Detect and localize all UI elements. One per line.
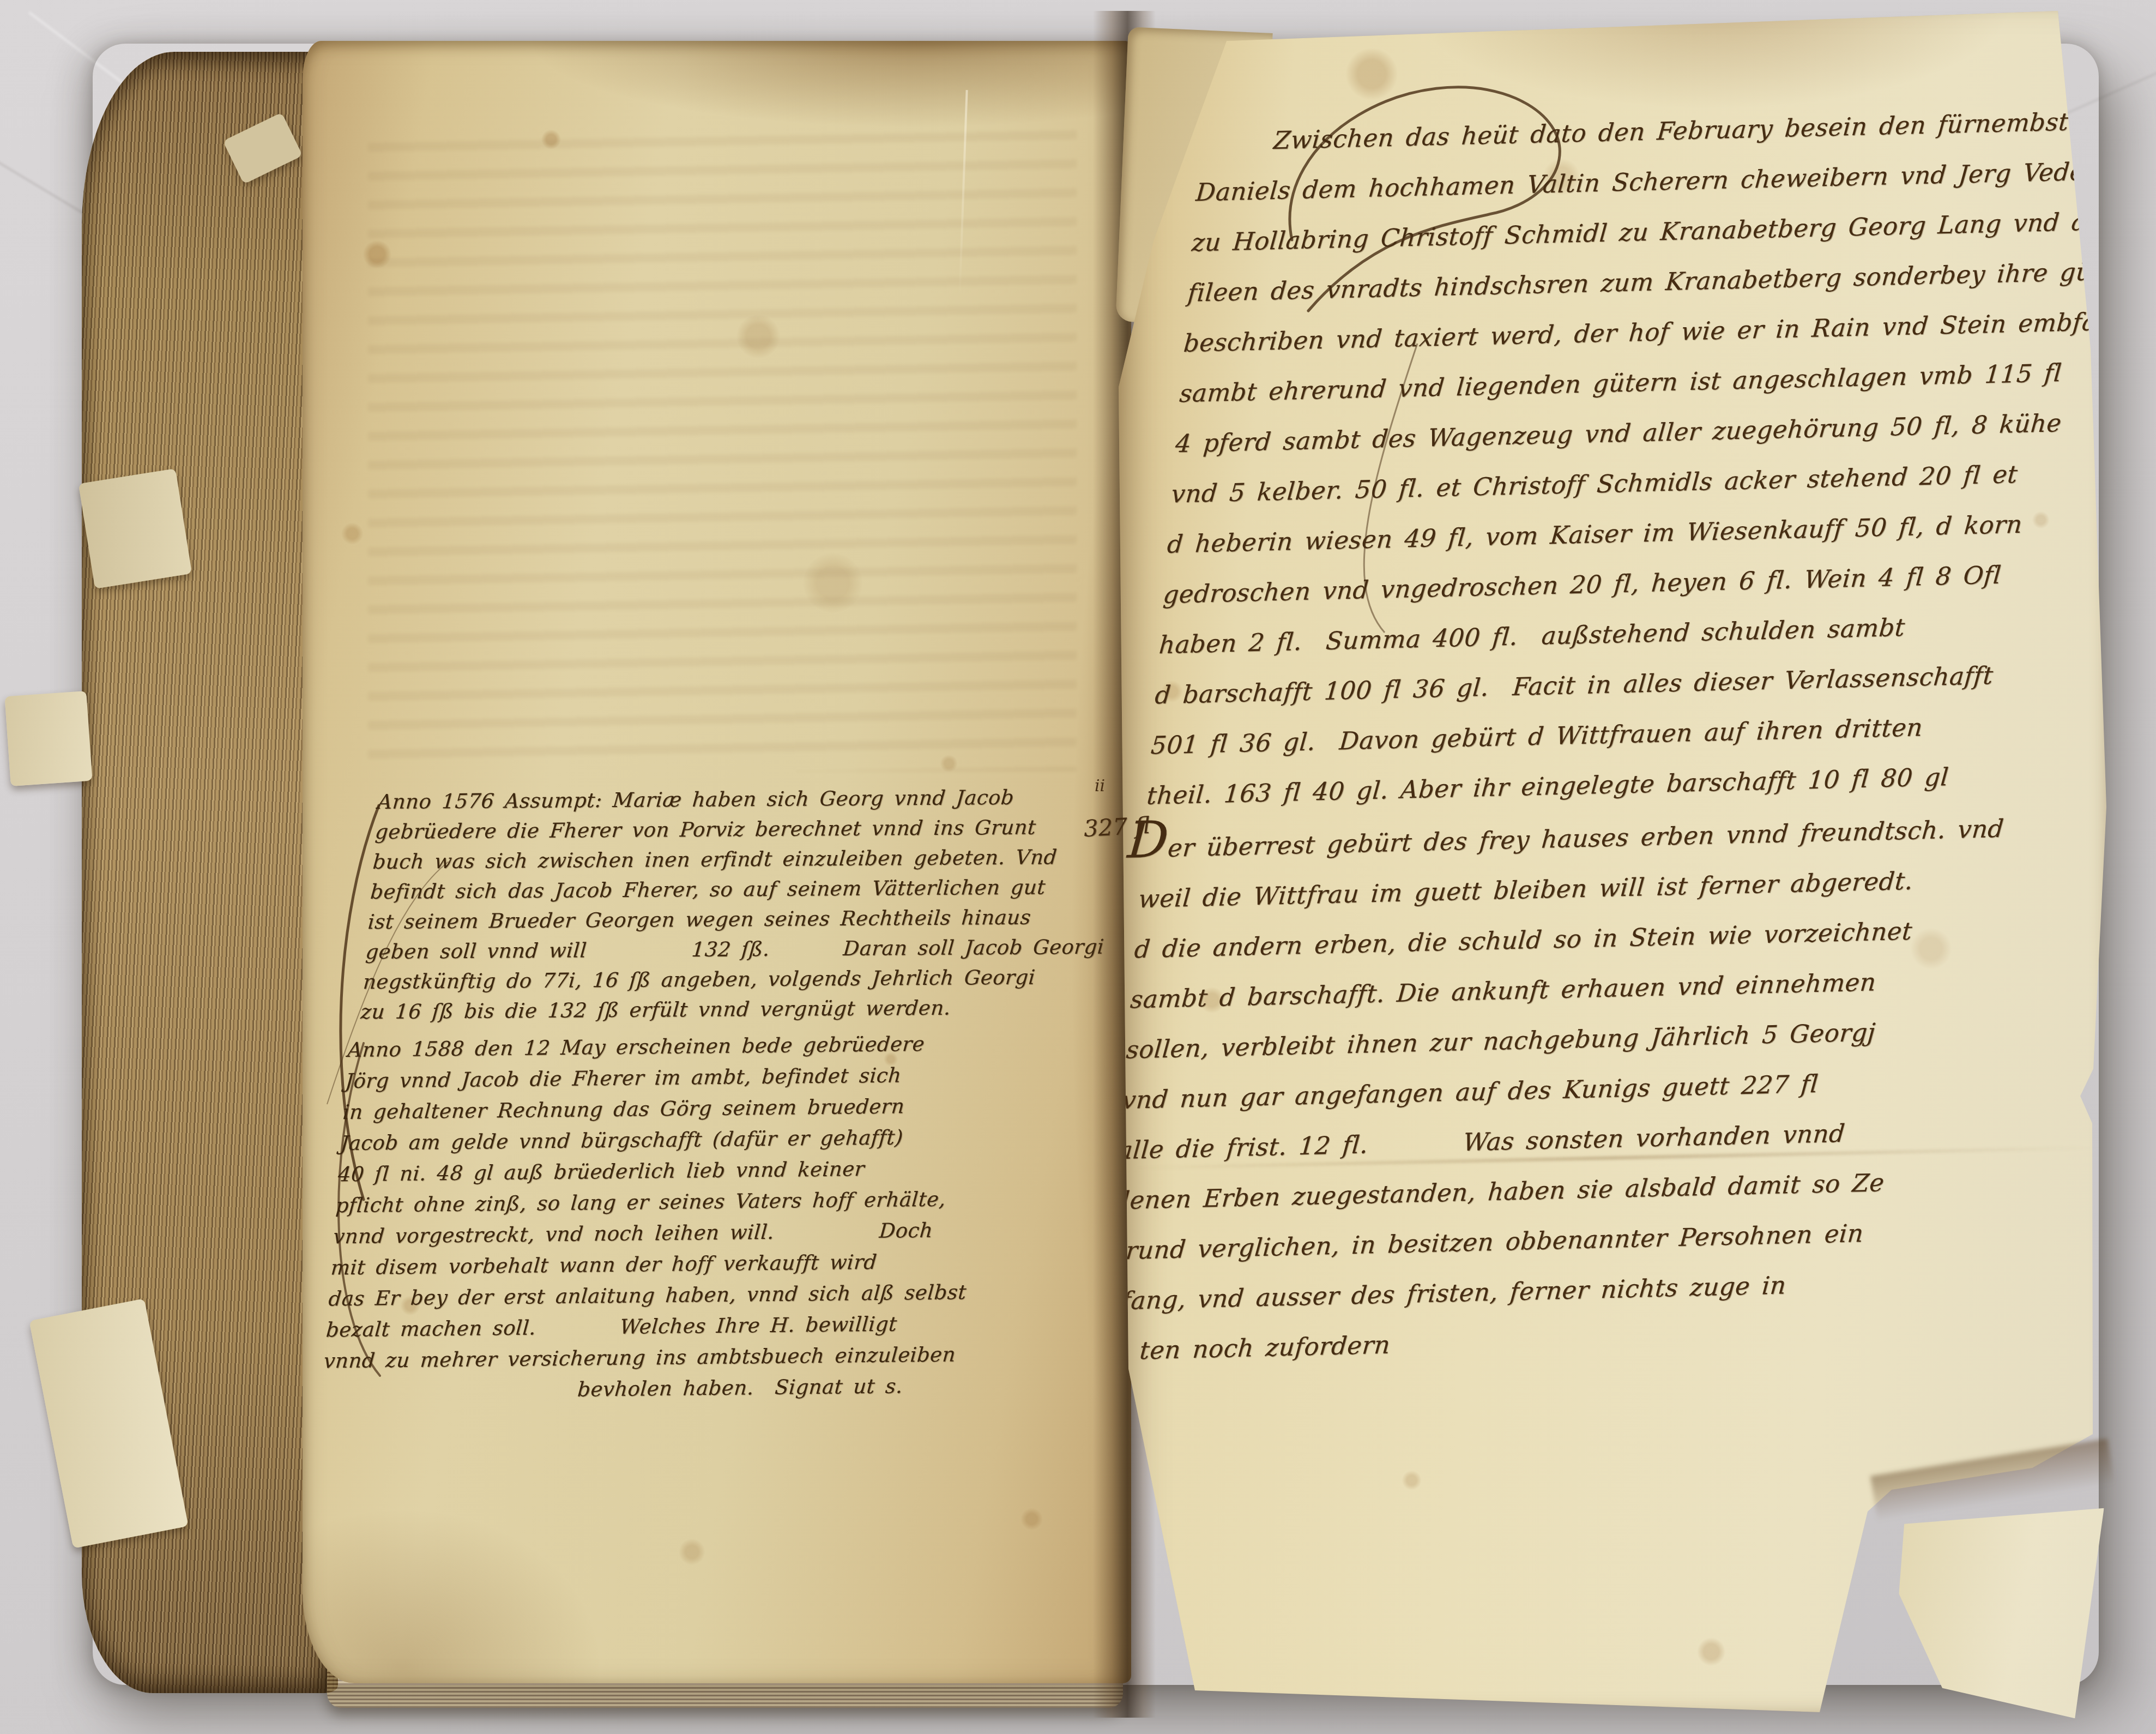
page-marker-tab [78,468,192,589]
left-page: Anno 1576 Assumpt: Mariæ haben sich Geor… [303,41,1131,1683]
manuscript-line: zu 16 ſß bis die 132 ſß erfült vnnd verg… [360,992,1109,1027]
manuscript-line: Anno 1576 Assumpt: Mariæ haben sich Geor… [377,781,1126,817]
entry-1576: Anno 1576 Assumpt: Mariæ haben sich Geor… [360,781,1126,1027]
manuscript-line: bevholen haben. Signat ut s. [576,1369,1096,1405]
page-marker-tab [4,691,92,786]
open-manuscript-book: Anno 1576 Assumpt: Mariæ haben sich Geor… [0,0,2156,1734]
manuscript-line: ist seinem Brueder Georgen wegen seines … [367,902,1116,937]
photo-backdrop: Anno 1576 Assumpt: Mariæ haben sich Geor… [0,0,2156,1734]
margin-sum-note: 327 fl [1083,812,1151,842]
entry-1588: Anno 1588 den 12 May erscheinen bede geb… [320,1026,1123,1407]
manuscript-line: buch was sich zwischen inen erfindt einz… [372,842,1121,877]
estate-reckoning-text: Zwischen das heüt dato den February bese… [1100,96,2095,1377]
manuscript-line: gebrüedere die Fherer von Porviz berechn… [374,811,1123,847]
manuscript-line: geben soll vnnd will 132 ſß. Daran soll … [364,932,1113,967]
manuscript-line: befindt sich das Jacob Fherer, so auf se… [369,872,1118,907]
ink-showthrough [368,123,1077,772]
margin-mark: ii [1095,776,1105,796]
manuscript-line: negstkünftig do 77i, 16 ſß angeben, volg… [362,962,1111,997]
